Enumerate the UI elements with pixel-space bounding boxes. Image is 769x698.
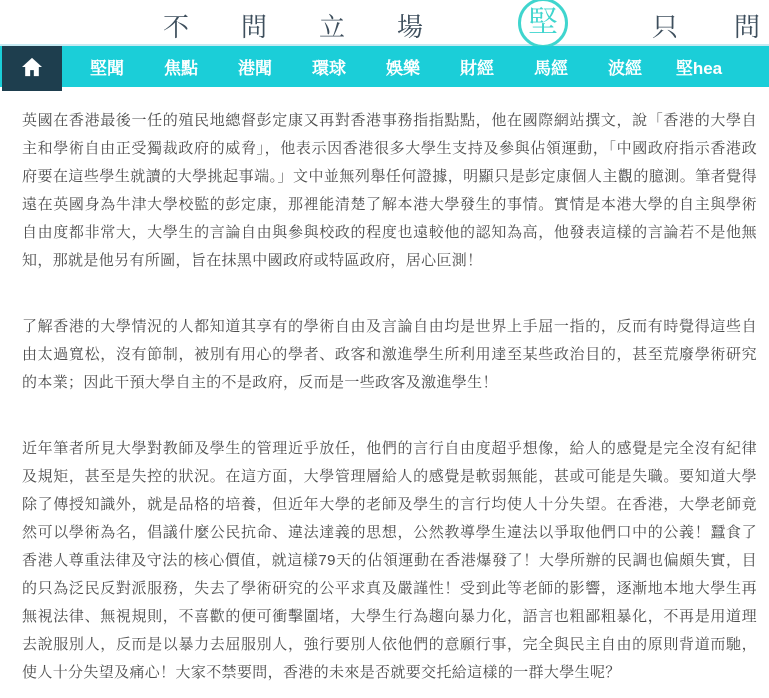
logo-character: 堅 (528, 8, 558, 38)
nav-item[interactable]: 港聞 (218, 54, 292, 79)
nav-item[interactable]: 財經 (440, 54, 514, 79)
nav-item[interactable]: 馬經 (514, 54, 588, 79)
nav-item[interactable]: 波經 (588, 54, 662, 79)
nav-item[interactable]: 娛樂 (366, 54, 440, 79)
home-icon (21, 57, 43, 80)
nav-item[interactable]: 焦點 (144, 54, 218, 79)
nav-item[interactable]: 堅hea (662, 54, 736, 79)
site-logo[interactable]: 堅 (518, 0, 568, 48)
nav-item[interactable]: 堅聞 (70, 54, 144, 79)
nav-item[interactable]: 環球 (292, 54, 366, 79)
slogan-left-text: 不問立場 (163, 7, 475, 44)
article-body: 英國在香港最後一任的殖民地總督彭定康又再對香港事務指指點點，他在國際網站撰文，說… (0, 87, 769, 687)
article-paragraph: 近年筆者所見大學對教師及學生的管理近乎放任，他們的言行自由度超乎想像，給人的感覺… (22, 435, 757, 687)
nav-items: 堅聞焦點港聞環球娛樂財經馬經波經堅hea (70, 46, 769, 87)
article-paragraphs: 英國在香港最後一任的殖民地總督彭定康又再對香港事務指指點點，他在國際網站撰文，說… (22, 107, 753, 687)
article-paragraph: 了解香港的大學情況的人都知道其享有的學術自由及言論自由均是世界上手屈一指的，反而… (22, 313, 757, 397)
slogan-right-text: 只問 (652, 7, 769, 44)
main-nav-bar: 堅聞焦點港聞環球娛樂財經馬經波經堅hea (0, 46, 769, 87)
article-paragraph: 英國在香港最後一任的殖民地總督彭定康又再對香港事務指指點點，他在國際網站撰文，說… (22, 107, 757, 275)
nav-home-button[interactable] (2, 46, 62, 91)
site-header: 不問立場 堅 只問 (0, 0, 769, 46)
